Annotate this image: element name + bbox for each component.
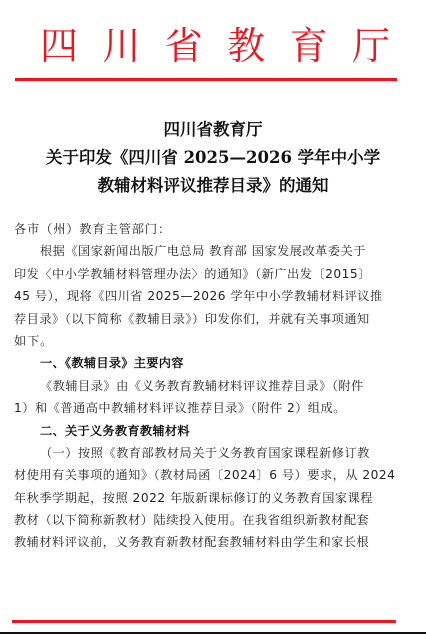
masthead-title: 四 川 省 教 育 厅	[40, 24, 390, 68]
paragraph-3-line: 年秋季学期起，按照 2022 年版新课标修订的义务教育国家课程	[14, 487, 412, 509]
masthead-char: 厅	[352, 24, 390, 68]
paragraph-2-line: 《教辅目录》由《义务教育教辅材料评议推荐目录》（附件	[14, 375, 412, 397]
paragraph-1-line: 印发〈中小学教辅材料管理办法〉的通知》（新广出发〔2015〕	[14, 263, 412, 285]
paragraph-1-line: 45 号），现将《四川省 2025—2026 学年中小学教辅材料评议推	[14, 285, 412, 307]
section-heading-1: 一、《教辅目录》主要内容	[14, 352, 412, 374]
paragraph-3-line: 教材（以下简称新教材）陆续投入使用。在我省组织新教材配套	[14, 509, 412, 531]
title-line-3: 教辅材料评议推荐目录》的通知	[0, 172, 426, 200]
masthead-char: 省	[165, 24, 203, 68]
salutation: 各市（州）教育主管部门：	[14, 218, 412, 240]
title-line-2: 关于印发《四川省 2025—2026 学年中小学	[0, 144, 426, 172]
paragraph-3-line: 教辅材料评议前，义务教育新教材配套教辅材料由学生和家长根	[14, 531, 412, 553]
paragraph-2-line: 1）和《普通高中教辅材料评议推荐目录》（附件 2）组成。	[14, 397, 412, 419]
paragraph-1-line: 如下。	[14, 330, 412, 352]
masthead-char: 教	[227, 24, 265, 68]
paragraph-3-line: （一）按照《教育部教材局关于义务教育国家课程新修订教	[14, 442, 412, 464]
paragraph-1-line: 根据《国家新闻出版广电总局 教育部 国家发展改革委关于	[14, 240, 412, 262]
document-title: 四川省教育厅 关于印发《四川省 2025—2026 学年中小学 教辅材料评议推荐…	[0, 116, 426, 200]
paragraph-3-line: 材使用有关事项的通知》（教材局函〔2024〕6 号）要求，从 2024	[14, 464, 412, 486]
document-body: 各市（州）教育主管部门： 根据《国家新闻出版广电总局 教育部 国家发展改革委关于…	[14, 218, 412, 554]
paragraph-1-line: 荐目录》（以下简称《教辅目录》）印发你们，并就有关事项通知	[14, 308, 412, 330]
masthead-char: 四	[40, 24, 78, 68]
section-heading-2: 二、关于义务教育教辅材料	[14, 420, 412, 442]
masthead: 四 川 省 教 育 厅	[0, 24, 426, 68]
bottom-red-rule	[12, 620, 396, 623]
masthead-char: 育	[290, 24, 328, 68]
title-issuer: 四川省教育厅	[0, 116, 426, 144]
masthead-char: 川	[102, 24, 140, 68]
masthead-red-rule	[15, 78, 397, 81]
